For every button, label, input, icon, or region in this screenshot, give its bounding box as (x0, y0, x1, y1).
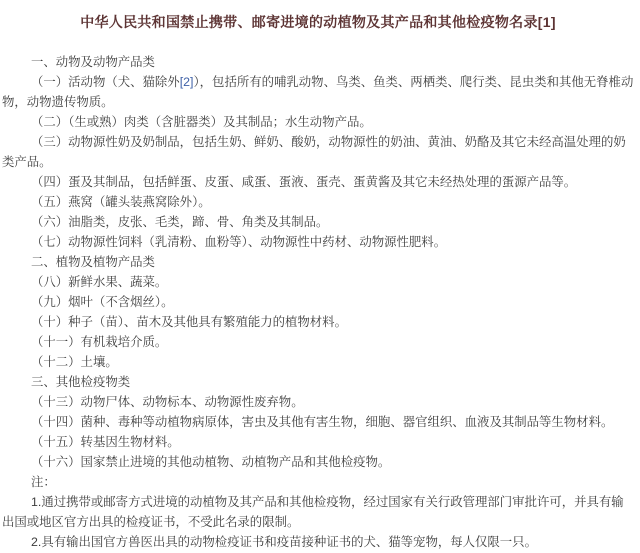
list-item-15: （十五）转基因生物材料。 (2, 432, 634, 452)
list-item-13: （十三）动物尸体、动物标本、动物源性废弃物。 (2, 392, 634, 412)
list-item-5: （五）燕窝（罐头装燕窝除外）。 (2, 192, 634, 212)
doc-body: 一、动物及动物产品类 （一）活动物（犬、猫除外[2]），包括所有的哺乳动物、鸟类… (2, 52, 634, 552)
list-item-7: （七）动物源性饲料（乳清粉、血粉等）、动物源性中药材、动物源性肥料。 (2, 232, 634, 252)
document-page: 中华人民共和国禁止携带、邮寄进境的动植物及其产品和其他检疫物名录[1] 一、动物… (0, 0, 636, 552)
doc-title: 中华人民共和国禁止携带、邮寄进境的动植物及其产品和其他检疫物名录[1] (2, 14, 634, 31)
list-item-2: （二）（生或熟）肉类（含脏器类）及其制品；水生动物产品。 (2, 112, 634, 132)
doc-title-text: 中华人民共和国禁止携带、邮寄进境的动植物及其产品和其他检疫物名录 (80, 14, 538, 30)
note-1: 1.通过携带或邮寄方式进境的动植物及其产品和其他检疫物，经过国家有关行政管理部门… (2, 492, 634, 532)
list-item-16: （十六）国家禁止进境的其他动植物、动植物产品和其他检疫物。 (2, 452, 634, 472)
section-heading-animals: 一、动物及动物产品类 (2, 52, 634, 72)
list-item-14: （十四）菌种、毒种等动植物病原体，害虫及其他有害生物，细胞、器官组织、血液及其制… (2, 412, 634, 432)
list-item-12: （十二）土壤。 (2, 352, 634, 372)
list-item-8: （八）新鲜水果、蔬菜。 (2, 272, 634, 292)
note-2: 2.具有输出国官方兽医出具的动物检疫证书和疫苗接种证书的犬、猫等宠物，每人仅限一… (2, 532, 634, 552)
footnote-ref-link[interactable]: [2] (180, 75, 194, 89)
list-item-1: （一）活动物（犬、猫除外[2]），包括所有的哺乳动物、鸟类、鱼类、两栖类、爬行类… (2, 72, 634, 112)
section-heading-other-quarantine: 三、其他检疫物类 (2, 372, 634, 392)
list-item-11: （十一）有机栽培介质。 (2, 332, 634, 352)
list-item-1-text-pre: （一）活动物（犬、猫除外 (31, 75, 180, 89)
section-heading-plants: 二、植物及植物产品类 (2, 252, 634, 272)
list-item-10: （十）种子（苗）、苗木及其他具有繁殖能力的植物材料。 (2, 312, 634, 332)
title-footnote-ref-link[interactable]: [1] (538, 14, 556, 30)
list-item-3: （三）动物源性奶及奶制品，包括生奶、鲜奶、酸奶，动物源性的奶油、黄油、奶酪及其它… (2, 132, 634, 172)
list-item-6: （六）油脂类，皮张、毛类，蹄、骨、角类及其制品。 (2, 212, 634, 232)
list-item-9: （九）烟叶（不含烟丝）。 (2, 292, 634, 312)
list-item-4: （四）蛋及其制品，包括鲜蛋、皮蛋、咸蛋、蛋液、蛋壳、蛋黄酱及其它未经热处理的蛋源… (2, 172, 634, 192)
notes-heading: 注： (2, 472, 634, 492)
